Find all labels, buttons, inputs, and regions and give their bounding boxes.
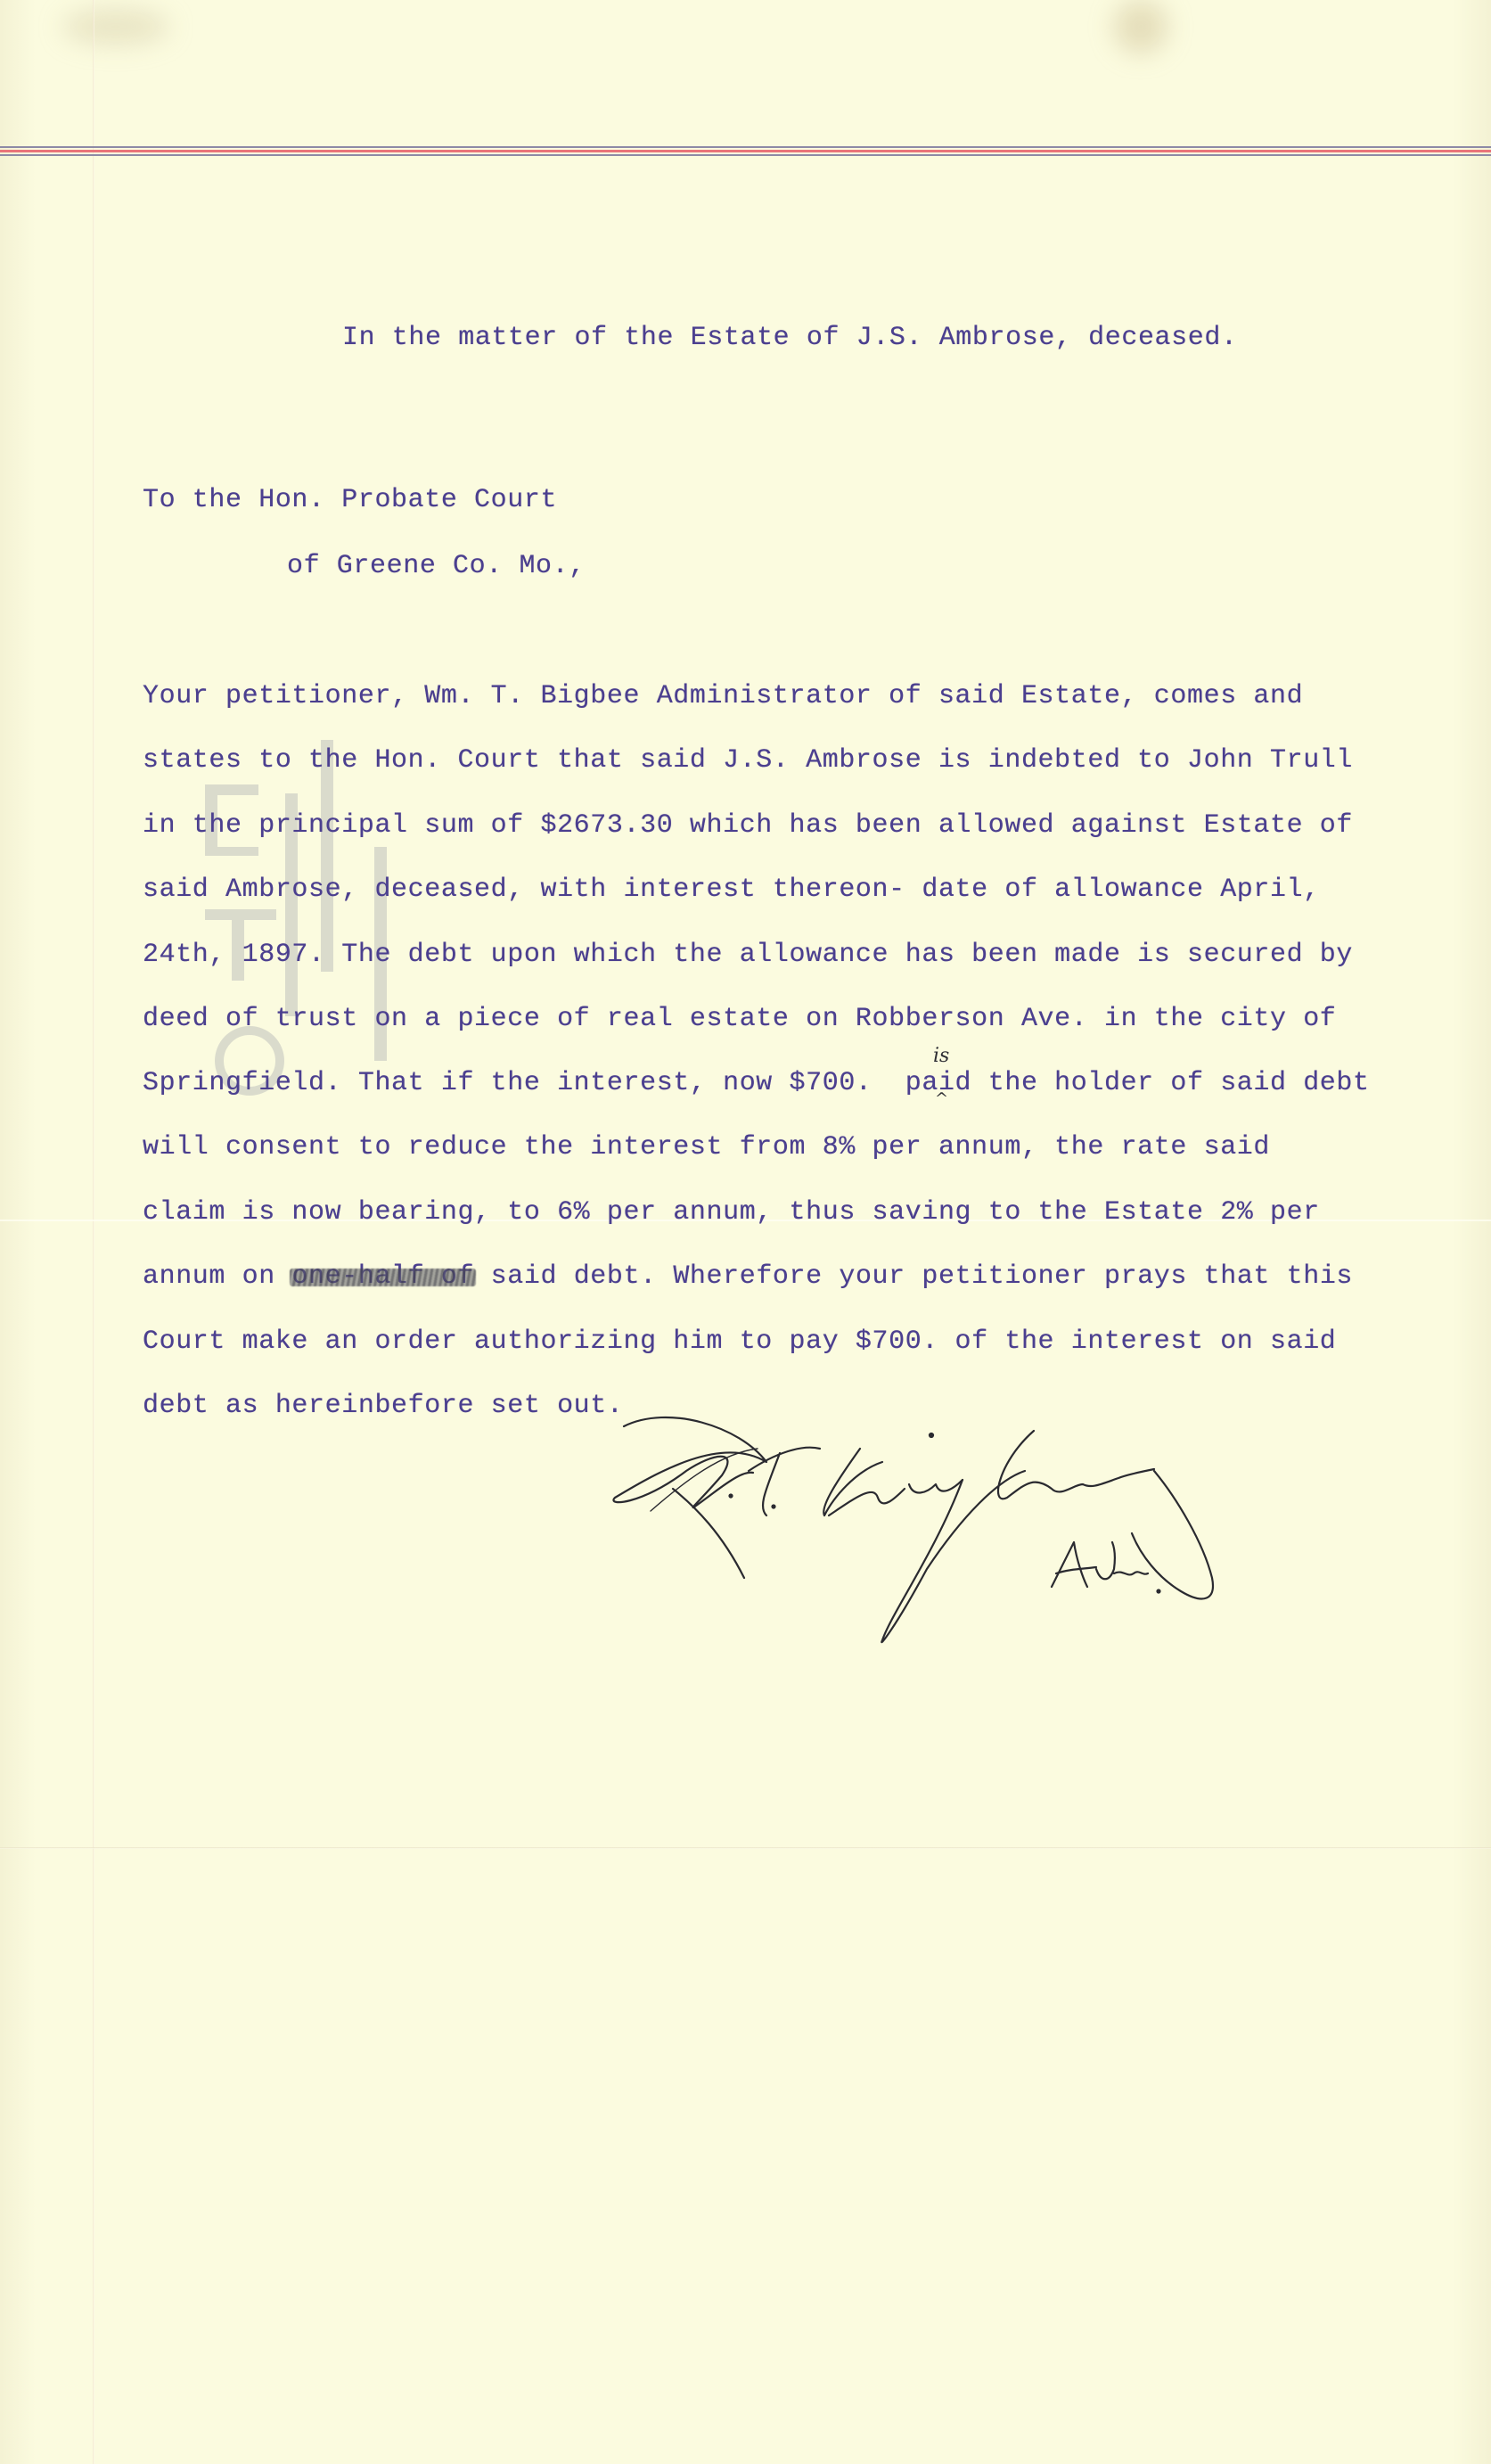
body-line: said Ambrose, deceased, with interest th…	[143, 876, 1320, 903]
body-line: Springfield. That if the interest, now $…	[143, 1070, 1370, 1096]
body-line: states to the Hon. Court that said J.S. …	[143, 747, 1353, 774]
document-heading: In the matter of the Estate of J.S. Ambr…	[342, 324, 1238, 351]
handwritten-insertion: is	[933, 1045, 949, 1067]
body-line: in the principal sum of $2673.30 which h…	[143, 812, 1353, 839]
paper-fold-vertical	[93, 0, 94, 2464]
paper-stain	[1114, 0, 1167, 53]
body-line: Court make an order authorizing him to p…	[143, 1328, 1336, 1355]
body-line: claim is now bearing, to 6% per annum, t…	[143, 1199, 1320, 1226]
body-line: debt as hereinbefore set out.	[143, 1392, 624, 1419]
body-line: 24th, 1897. The debt upon which the allo…	[143, 941, 1353, 968]
struck-text: one-half of	[291, 1263, 474, 1290]
address-line-1: To the Hon. Probate Court	[143, 487, 557, 513]
body-line: deed of trust on a piece of real estate …	[143, 1006, 1336, 1032]
filed-stamp-bleed-through	[196, 740, 455, 1096]
paper-stain	[62, 9, 169, 45]
paper-fold-horizontal	[0, 1847, 1491, 1849]
signature-w-t-bigbee-adm	[588, 1400, 1283, 1649]
address-line-2: of Greene Co. Mo.,	[287, 553, 586, 579]
body-line-with-strikeout: annum on one-half of said debt. Wherefor…	[143, 1263, 1353, 1290]
body-text: said debt. Wherefore your petitioner pra…	[474, 1261, 1353, 1292]
body-line: Your petitioner, Wm. T. Bigbee Administr…	[143, 683, 1303, 710]
body-line: will consent to reduce the interest from…	[143, 1134, 1270, 1161]
caret-mark-icon: ^	[935, 1089, 948, 1108]
body-text: annum on	[143, 1261, 291, 1292]
letterhead-rule	[0, 146, 1491, 157]
